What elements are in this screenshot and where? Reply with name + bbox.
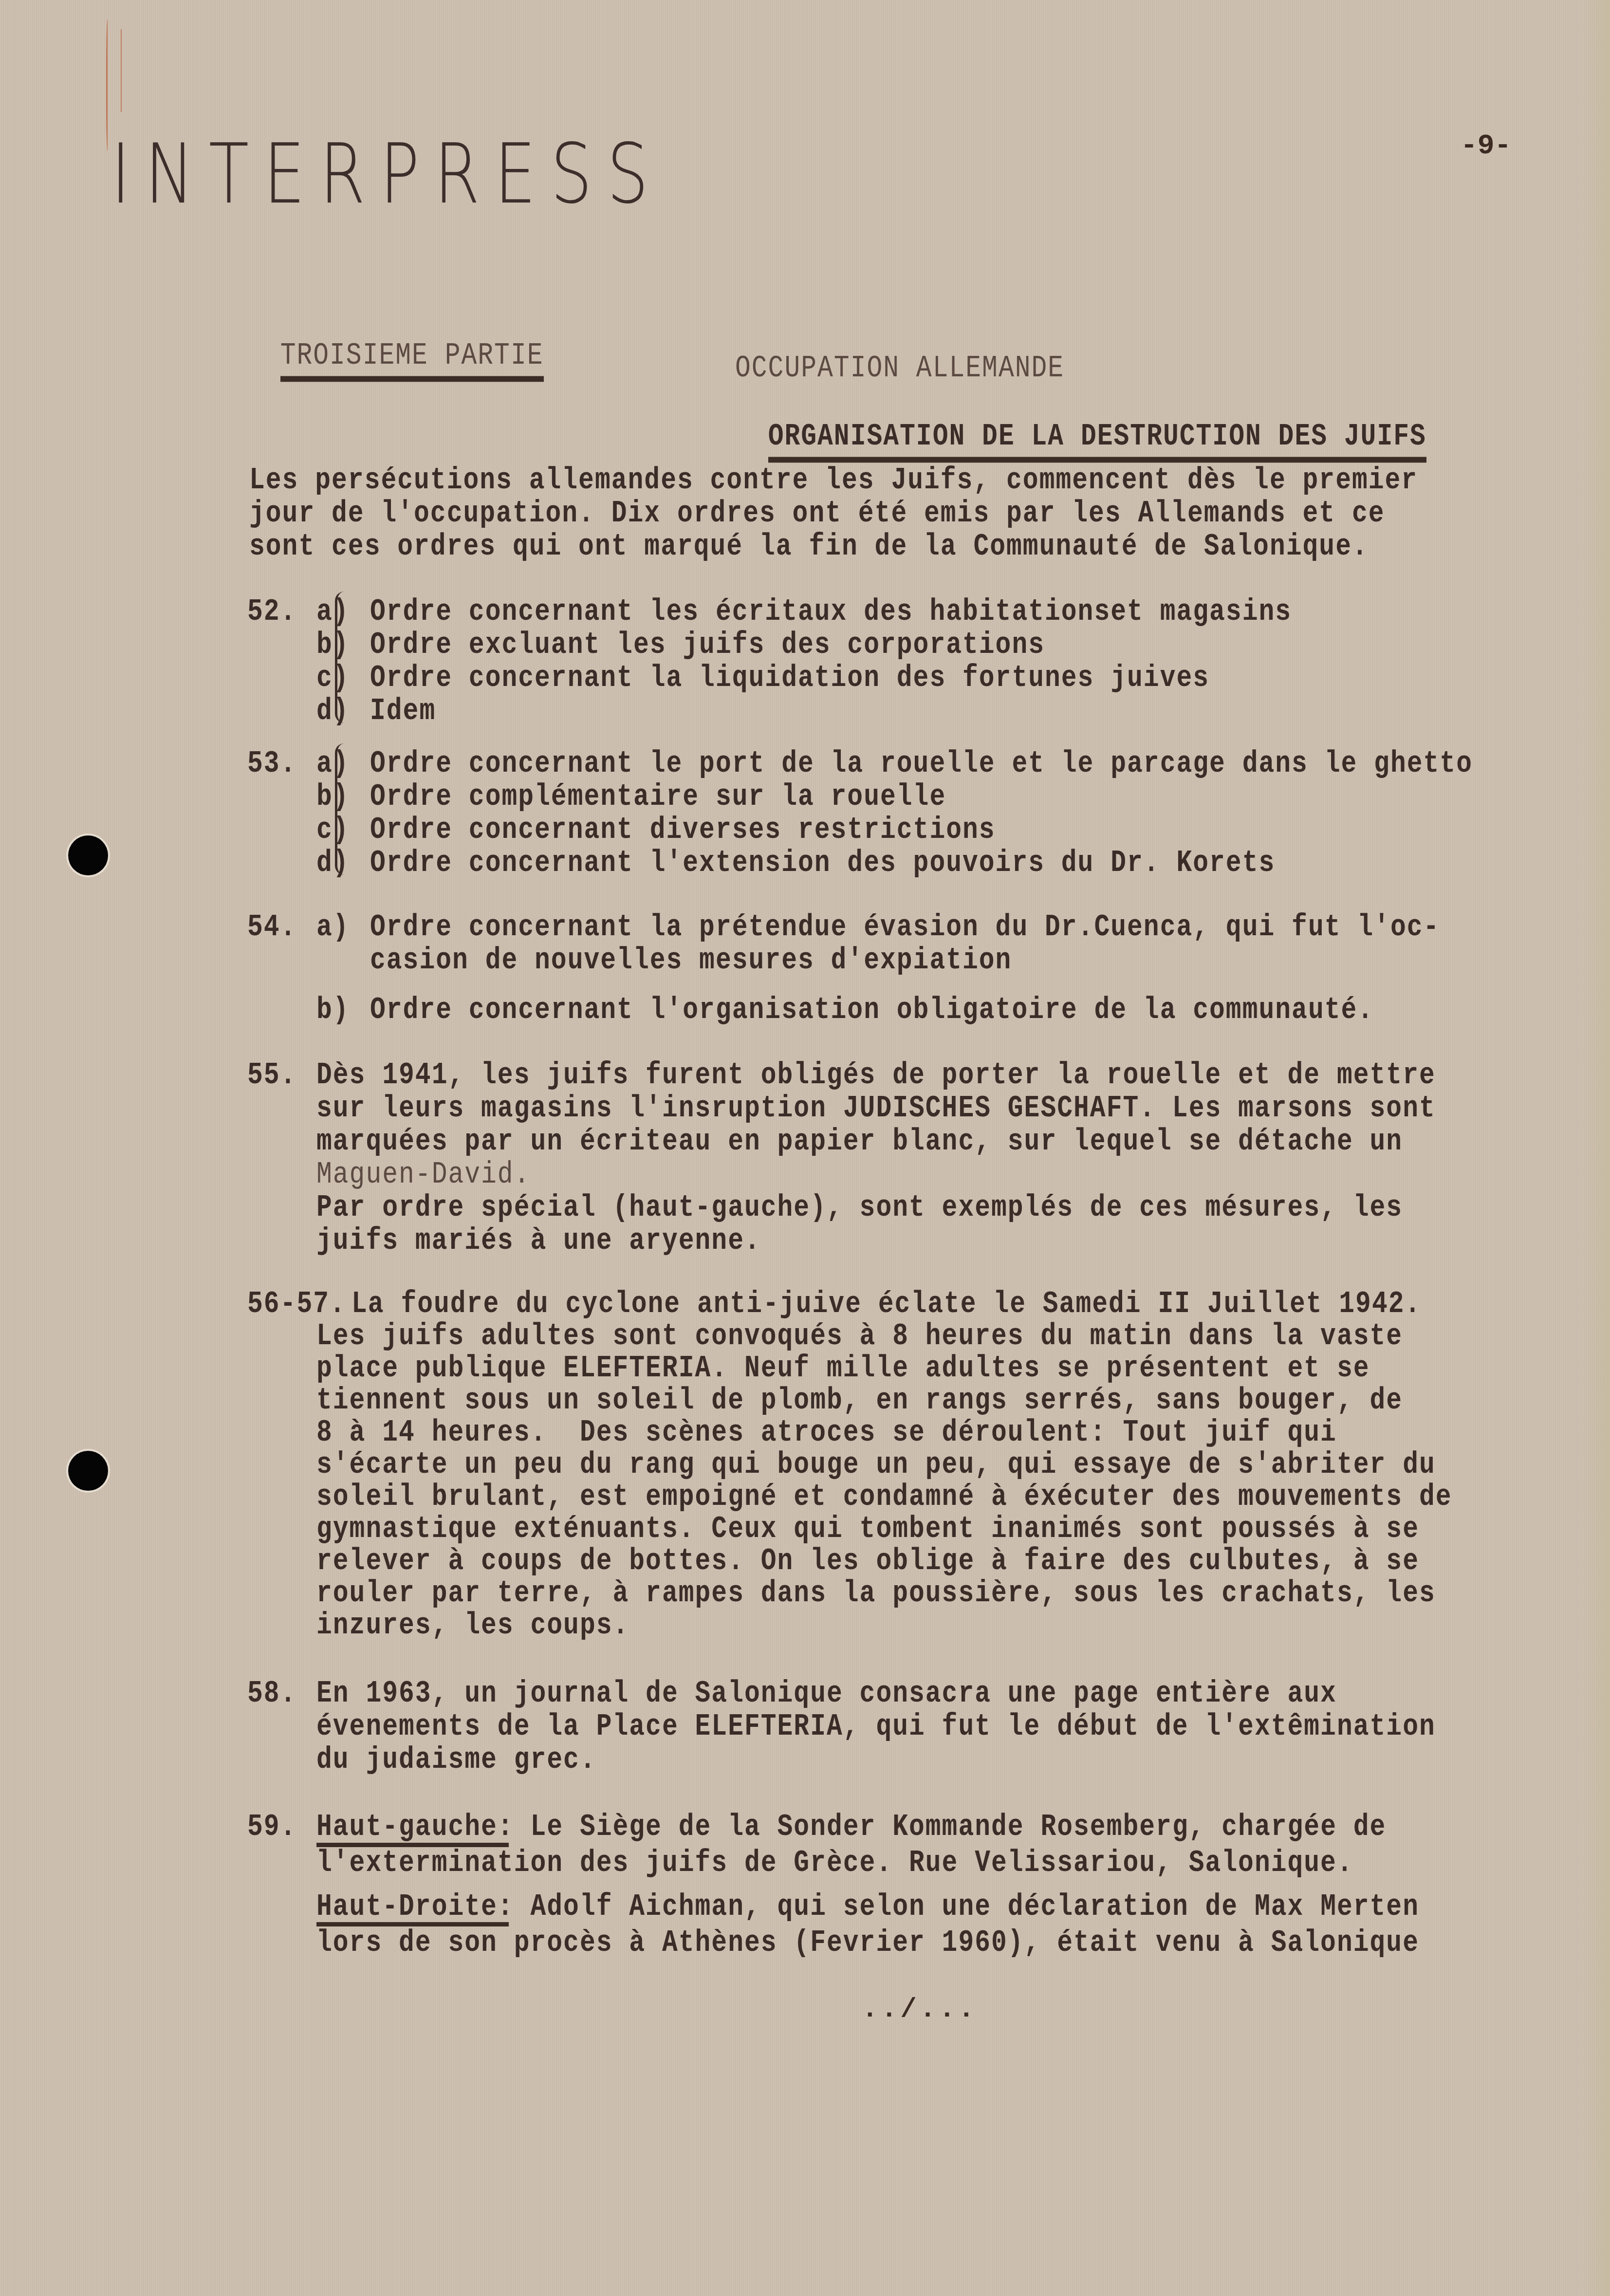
red-pencil-mark: [121, 29, 123, 112]
part-title-text: TROISIEME PARTIE: [280, 338, 544, 382]
sub-text: casion de nouvelles mesures d'expiation: [370, 942, 1012, 980]
interpress-logo: INTERPRESS: [111, 127, 663, 222]
section-subtitle-2: ORGANISATION DE LA DESTRUCTION DES JUIFS: [735, 379, 1426, 456]
item-number: 54.: [247, 908, 296, 947]
part-title: TROISIEME PARTIE: [247, 298, 544, 375]
sub-letter: a): [316, 908, 350, 947]
page-number: -9-: [1461, 130, 1511, 162]
red-pencil-mark: [106, 19, 110, 151]
paragraph-line: du judaisme grec.: [316, 1741, 596, 1779]
item-number: 59.: [247, 1808, 296, 1847]
continuation-marker: ../...: [862, 1994, 978, 2025]
sub-letter: d): [316, 844, 350, 883]
item-number: 53.: [247, 745, 296, 783]
intro-line: sont ces ordres qui ont marqué la fin de…: [249, 528, 1369, 566]
paper-edge-shade: [1581, 0, 1610, 2296]
punch-hole-icon: [68, 1451, 108, 1491]
paragraph-line: inzures, les coups.: [316, 1607, 629, 1645]
item-number: 55.: [247, 1056, 296, 1095]
sub-text: Ordre concernant l'organisation obligato…: [370, 991, 1374, 1030]
caption-label-haut-droite: Haut-Droite:: [316, 1890, 514, 1925]
caption-line: l'extermination des juifs de Grèce. Rue …: [316, 1844, 1353, 1883]
item-number: 52.: [247, 593, 296, 631]
caption-line: Haut-gauche: Le Siège de la Sonder Komma…: [316, 1808, 1386, 1847]
sub-letter: b): [316, 991, 350, 1030]
item-number: 58.: [247, 1675, 296, 1713]
caption-line: Haut-Droite: Adolf Aichman, qui selon un…: [316, 1888, 1419, 1926]
punch-hole-icon: [68, 835, 108, 875]
sub-text: Ordre concernant la liquidation des fort…: [370, 659, 1209, 698]
caption-label-haut-gauche: Haut-gauche:: [316, 1810, 514, 1845]
sub-text: Ordre concernant l'extension des pouvoir…: [370, 844, 1275, 883]
sub-text: Idem: [370, 692, 436, 731]
section-subtitle-2-text: ORGANISATION DE LA DESTRUCTION DES JUIFS: [768, 419, 1426, 463]
sub-letter: d): [316, 692, 350, 731]
paragraph-line: juifs mariés à une aryenne.: [316, 1222, 761, 1260]
caption-text: Le Siège de la Sonder Kommande Rosemberg…: [514, 1810, 1387, 1845]
caption-text: Adolf Aichman, qui selon une déclaration…: [514, 1890, 1419, 1925]
caption-line: lors de son procès à Athènes (Fevrier 19…: [316, 1924, 1419, 1963]
